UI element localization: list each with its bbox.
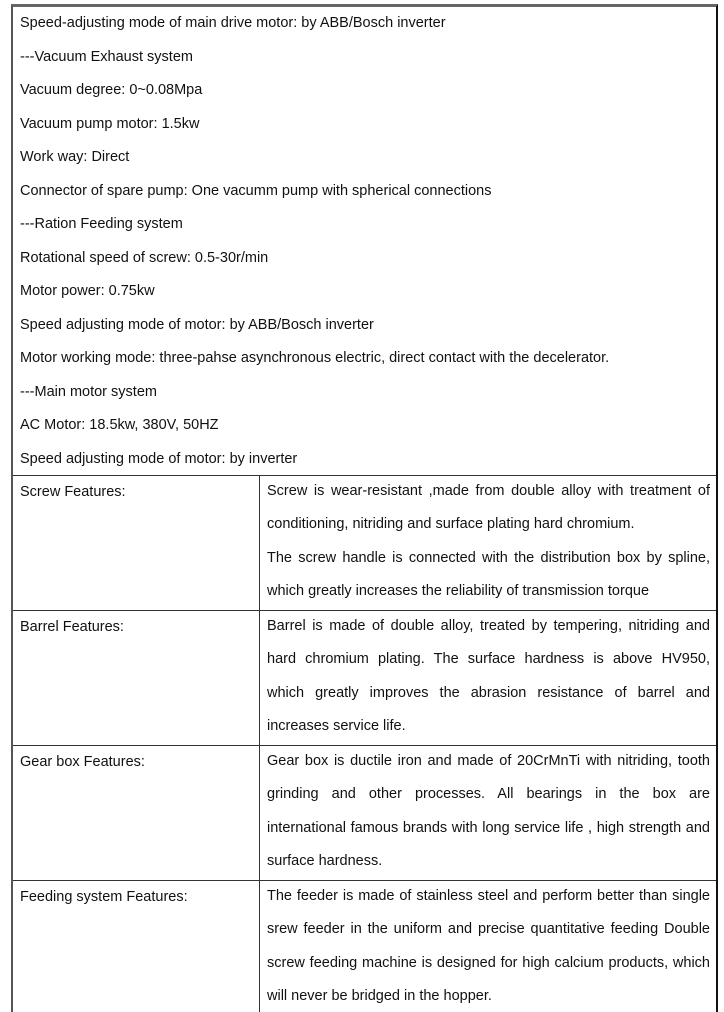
feature-description: The feeder is made of stainless steel an…	[260, 874, 716, 1012]
spec-line: Vacuum pump motor: 1.5kw	[20, 114, 709, 148]
feature-label: Feeding system Features:	[13, 881, 260, 1012]
spec-line: Rotational speed of screw: 0.5-30r/min	[20, 248, 709, 282]
feature-paragraph: Gear box is ductile iron and made of 20C…	[267, 745, 710, 879]
spec-line: Speed adjusting mode of motor: by ABB/Bo…	[20, 315, 709, 349]
feature-row-barrel: Barrel Features: Barrel is made of doubl…	[13, 611, 716, 746]
feature-label: Barrel Features:	[13, 611, 260, 745]
spec-line: Motor power: 0.75kw	[20, 281, 709, 315]
feature-description: Barrel is made of double alloy, treated …	[260, 604, 716, 745]
feature-row-screw: Screw Features: Screw is wear-resistant …	[13, 476, 716, 611]
feature-paragraph: The screw handle is connected with the d…	[267, 542, 710, 609]
feature-row-feeding: Feeding system Features: The feeder is m…	[13, 881, 716, 1012]
spec-line: ---Main motor system	[20, 382, 709, 416]
spec-section: Speed-adjusting mode of main drive motor…	[13, 7, 716, 476]
feature-paragraph: The feeder is made of stainless steel an…	[267, 880, 710, 1012]
feature-paragraph: Barrel is made of double alloy, treated …	[267, 610, 710, 744]
spec-line: Vacuum degree: 0~0.08Mpa	[20, 80, 709, 114]
feature-label: Gear box Features:	[13, 746, 260, 880]
spec-line: Speed-adjusting mode of main drive motor…	[20, 13, 709, 47]
feature-paragraph: Screw is wear-resistant ,made from doubl…	[267, 475, 710, 542]
feature-row-gearbox: Gear box Features: Gear box is ductile i…	[13, 746, 716, 881]
feature-description: Gear box is ductile iron and made of 20C…	[260, 739, 716, 880]
spec-line: ---Vacuum Exhaust system	[20, 47, 709, 81]
spec-line: Work way: Direct	[20, 147, 709, 181]
feature-description: Screw is wear-resistant ,made from doubl…	[260, 469, 716, 610]
spec-line: AC Motor: 18.5kw, 380V, 50HZ	[20, 415, 709, 449]
spec-line: Connector of spare pump: One vacumm pump…	[20, 181, 709, 215]
spec-line: Motor working mode: three-pahse asynchro…	[20, 348, 709, 382]
spec-table: Speed-adjusting mode of main drive motor…	[11, 4, 718, 1012]
spec-line: ---Ration Feeding system	[20, 214, 709, 248]
feature-label: Screw Features:	[13, 476, 260, 610]
